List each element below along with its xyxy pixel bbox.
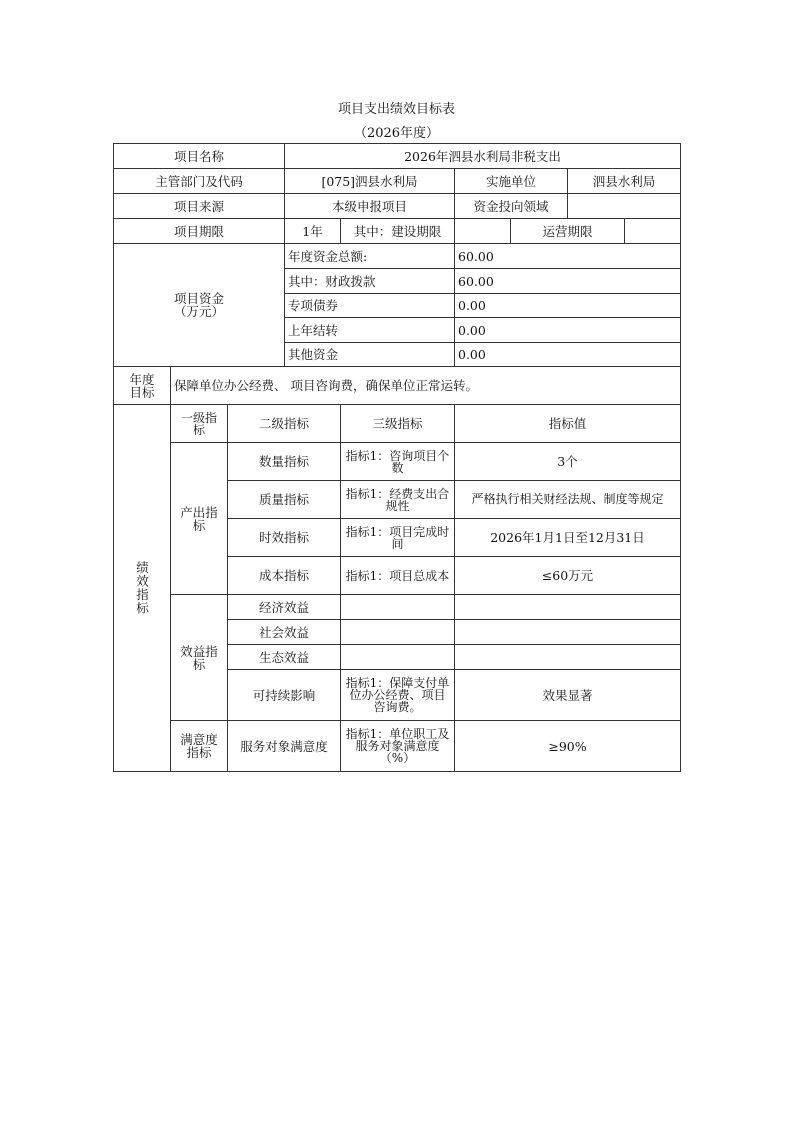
value-cell: ≤60万元 bbox=[454, 556, 681, 595]
page-title: 项目支出绩效目标表 bbox=[0, 98, 793, 117]
fund-area-value bbox=[567, 193, 681, 219]
funds-label: 项目资金 （万元） bbox=[113, 243, 285, 367]
fund-row-label: 专项债券 bbox=[284, 293, 455, 318]
header-level1: 一级指标 bbox=[170, 404, 228, 443]
period-label: 项目期限 bbox=[113, 218, 285, 244]
annual-goal-label: 年度 目标 bbox=[113, 366, 171, 405]
op-period-value bbox=[624, 218, 681, 244]
value-cell: 效果显著 bbox=[454, 669, 681, 721]
header-value: 指标值 bbox=[454, 404, 681, 443]
group-benefit-label: 效益指标 bbox=[170, 594, 228, 721]
level3-cell: 指标1：经费支出合规性 bbox=[340, 480, 455, 519]
value-cell: ≥90% bbox=[454, 720, 681, 772]
fund-row-label: 年度资金总额: bbox=[284, 243, 455, 269]
source-value: 本级申报项目 bbox=[284, 193, 455, 219]
fund-row-value: 60.00 bbox=[454, 268, 681, 294]
build-period-value bbox=[454, 218, 511, 244]
dept-label: 主管部门及代码 bbox=[113, 168, 285, 194]
level3-cell: 指标1：项目完成时间 bbox=[340, 518, 455, 557]
fund-area-label: 资金投向领域 bbox=[454, 193, 568, 219]
value-cell bbox=[454, 619, 681, 645]
level2-cell: 经济效益 bbox=[227, 594, 341, 620]
level2-cell: 社会效益 bbox=[227, 619, 341, 645]
value-cell: 2026年1月1日至12月31日 bbox=[454, 518, 681, 557]
period-value: 1年 bbox=[284, 218, 341, 244]
fund-row-value: 0.00 bbox=[454, 342, 681, 367]
level3-cell bbox=[340, 594, 455, 620]
fund-row-value: 60.00 bbox=[454, 243, 681, 269]
group-satisfaction-label: 满意度指标 bbox=[170, 720, 228, 772]
performance-section-label: 绩效指标 bbox=[113, 404, 171, 772]
value-cell bbox=[454, 594, 681, 620]
project-name-value: 2026年泗县水利局非税支出 bbox=[284, 143, 681, 169]
level2-cell: 成本指标 bbox=[227, 556, 341, 595]
dept-value: [075]泗县水利局 bbox=[284, 168, 455, 194]
level2-cell: 数量指标 bbox=[227, 442, 341, 481]
level3-cell bbox=[340, 619, 455, 645]
value-cell: 严格执行相关财经法规、制度等规定 bbox=[454, 480, 681, 519]
group-output-label: 产出指标 bbox=[170, 442, 228, 595]
header-level2: 二级指标 bbox=[227, 404, 341, 443]
fund-row-label: 上年结转 bbox=[284, 317, 455, 343]
funds-label-line2: （万元） bbox=[174, 305, 224, 318]
annual-goal-label-line1: 年度 bbox=[129, 373, 154, 386]
impl-unit-value: 泗县水利局 bbox=[567, 168, 681, 194]
level2-cell: 质量指标 bbox=[227, 480, 341, 519]
level3-cell: 指标1：单位职工及服务对象满意度（%） bbox=[340, 720, 455, 772]
level3-cell: 指标1：项目总成本 bbox=[340, 556, 455, 595]
level2-cell: 生态效益 bbox=[227, 644, 341, 670]
fund-row-value: 0.00 bbox=[454, 293, 681, 318]
level3-cell: 指标1：保障支付单位办公经费、项目咨询费。 bbox=[340, 669, 455, 721]
build-period-label: 其中：建设期限 bbox=[340, 218, 455, 244]
level2-cell: 服务对象满意度 bbox=[227, 720, 341, 772]
fund-row-label: 其中：财政拨款 bbox=[284, 268, 455, 294]
level3-cell bbox=[340, 644, 455, 670]
fund-row-value: 0.00 bbox=[454, 317, 681, 343]
impl-unit-label: 实施单位 bbox=[454, 168, 568, 194]
page-subtitle: （2026年度） bbox=[0, 122, 793, 141]
annual-goal-text: 保障单位办公经费、 项目咨询费，确保单位正常运转。 bbox=[170, 366, 681, 405]
value-cell bbox=[454, 644, 681, 670]
annual-goal-label-line2: 目标 bbox=[129, 386, 154, 399]
project-name-label: 项目名称 bbox=[113, 143, 285, 169]
level2-cell: 可持续影响 bbox=[227, 669, 341, 721]
fund-row-label: 其他资金 bbox=[284, 342, 455, 367]
value-cell: 3个 bbox=[454, 442, 681, 481]
source-label: 项目来源 bbox=[113, 193, 285, 219]
level3-cell: 指标1：咨询项目个数 bbox=[340, 442, 455, 481]
header-level3: 三级指标 bbox=[340, 404, 455, 443]
op-period-label: 运营期限 bbox=[510, 218, 625, 244]
level2-cell: 时效指标 bbox=[227, 518, 341, 557]
